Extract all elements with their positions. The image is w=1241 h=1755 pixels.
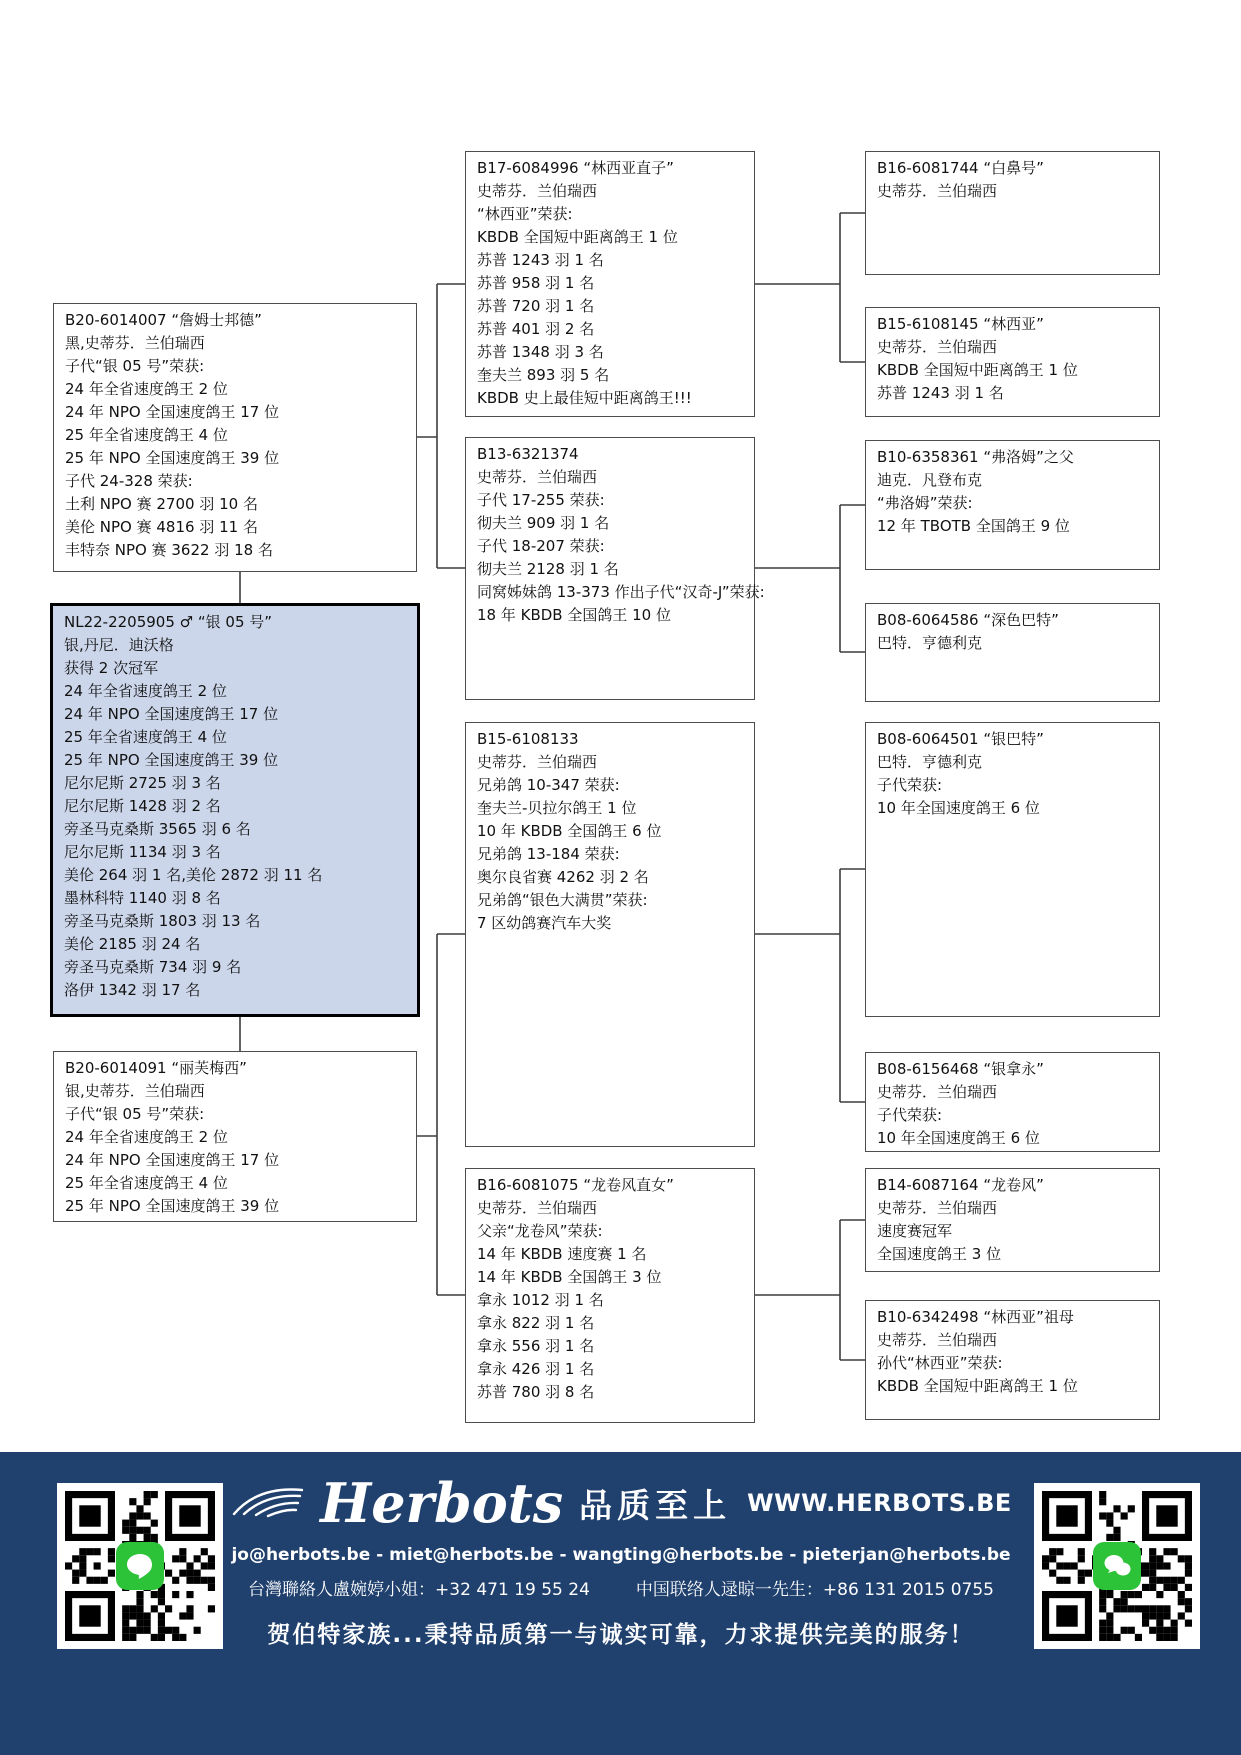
wechat-icon — [1093, 1542, 1141, 1590]
pedigree-line: 苏普 780 羽 8 名 — [477, 1381, 743, 1404]
pedigree-line: B10-6342498 “林西亚”祖母 — [877, 1306, 1148, 1329]
pedigree-line: 彻夫兰 909 羽 1 名 — [477, 512, 743, 535]
pedigree-line: 子代 18-207 荣获: — [477, 535, 743, 558]
pedigree-line: 墨林科特 1140 羽 8 名 — [64, 887, 406, 910]
pedigree-line: 拿永 426 羽 1 名 — [477, 1358, 743, 1381]
pedigree-line: B08-6064586 “深色巴特” — [877, 609, 1148, 632]
pedigree-line: 兄弟鸽 10-347 荣获: — [477, 774, 743, 797]
pedigree-box-greatgrandparent-7: B14-6087164 “龙卷风”史蒂芬．兰伯瑞西速度赛冠军全国速度鸽王 3 位 — [865, 1168, 1160, 1272]
pedigree-line: B14-6087164 “龙卷风” — [877, 1174, 1148, 1197]
pedigree-line: B20-6014007 “詹姆士邦德” — [65, 309, 405, 332]
pedigree-box-greatgrandparent-5: B08-6064501 “银巴特”巴特．亨德利克子代荣获:10 年全国速度鸽王 … — [865, 722, 1160, 1017]
pedigree-box-greatgrandparent-3: B10-6358361 “弗洛姆”之父迪克．凡登布克“弗洛姆”荣获:12 年 T… — [865, 440, 1160, 570]
pedigree-line: 迪克．凡登布克 — [877, 469, 1148, 492]
line-app-icon — [116, 1542, 164, 1590]
pedigree-line: 25 年 NPO 全国速度鸽王 39 位 — [65, 1195, 405, 1218]
pedigree-line: KBDB 史上最佳短中距离鸽王!!! — [477, 387, 743, 410]
pedigree-line: 18 年 KBDB 全国鸽王 10 位 — [477, 604, 743, 627]
pedigree-line: B10-6358361 “弗洛姆”之父 — [877, 446, 1148, 469]
pedigree-line: 24 年 NPO 全国速度鸽王 17 位 — [65, 401, 405, 424]
pedigree-line: 24 年 NPO 全国速度鸽王 17 位 — [64, 703, 406, 726]
pedigree-line: KBDB 全国短中距离鸽王 1 位 — [877, 359, 1148, 382]
contact-emails: jo@herbots.be - miet@herbots.be - wangti… — [228, 1545, 1014, 1565]
contact-persons: 台灣聯絡人盧婉婷小姐：+32 471 19 55 24 中国联络人逯晾一先生：+… — [228, 1575, 1014, 1600]
pedigree-line: 子代 24-328 荣获: — [65, 470, 405, 493]
pedigree-line: 巴特．亨德利克 — [877, 751, 1148, 774]
pedigree-box-greatgrandparent-8: B10-6342498 “林西亚”祖母史蒂芬．兰伯瑞西孙代“林西亚”荣获:KBD… — [865, 1300, 1160, 1420]
pedigree-line: 巴特．亨德利克 — [877, 632, 1148, 655]
pedigree-line: NL22-2205905 ♂ “银 05 号” — [64, 611, 406, 634]
pedigree-line: 24 年 NPO 全国速度鸽王 17 位 — [65, 1149, 405, 1172]
pedigree-line: 孙代“林西亚”荣获: — [877, 1352, 1148, 1375]
pedigree-line: B15-6108145 “林西亚” — [877, 313, 1148, 336]
pedigree-line: 获得 2 次冠军 — [64, 657, 406, 680]
footer-center: Herbots 品质至上 WWW.HERBOTS.BE jo@herbots.b… — [228, 1466, 1014, 1649]
pedigree-line: 25 年全省速度鸽王 4 位 — [64, 726, 406, 749]
pedigree-line: 苏普 1243 羽 1 名 — [877, 382, 1148, 405]
pedigree-line: B16-6081075 “龙卷风直女” — [477, 1174, 743, 1197]
pedigree-line: 史蒂芬．兰伯瑞西 — [877, 1329, 1148, 1352]
pedigree-line: 24 年全省速度鸽王 2 位 — [65, 1126, 405, 1149]
footer-slogan: 贺伯特家族...秉持品质第一与诚实可靠，力求提供完美的服务！ — [228, 1616, 1014, 1649]
pedigree-line: B16-6081744 “白鼻号” — [877, 157, 1148, 180]
pedigree-line: 奥尔良省赛 4262 羽 2 名 — [477, 866, 743, 889]
pedigree-line: 史蒂芬．兰伯瑞西 — [877, 1197, 1148, 1220]
pedigree-line: 丰特奈 NPO 赛 3622 羽 18 名 — [65, 539, 405, 562]
pedigree-line: 美伦 2185 羽 24 名 — [64, 933, 406, 956]
qr-code-left — [57, 1483, 223, 1649]
pedigree-line: 苏普 401 羽 2 名 — [477, 318, 743, 341]
logo-tagline: 品质至上 — [579, 1480, 731, 1527]
pedigree-box-dam: B20-6014091 “丽芙梅西”银,史蒂芬．兰伯瑞西子代“银 05 号”荣获… — [53, 1051, 417, 1222]
pedigree-line: B17-6084996 “林西亚直子” — [477, 157, 743, 180]
pedigree-line: 美伦 NPO 赛 4816 羽 11 名 — [65, 516, 405, 539]
qr-code-right — [1034, 1483, 1200, 1649]
pedigree-line: 同窝姊妹鸽 13-373 作出子代“汉奇-J”荣获: — [477, 581, 743, 604]
pedigree-box-greatgrandparent-2: B15-6108145 “林西亚”史蒂芬．兰伯瑞西KBDB 全国短中距离鸽王 1… — [865, 307, 1160, 417]
pedigree-line: 7 区幼鸽赛汽车大奖 — [477, 912, 743, 935]
pedigree-line: 史蒂芬．兰伯瑞西 — [877, 180, 1148, 203]
pedigree-line: 子代 17-255 荣获: — [477, 489, 743, 512]
pedigree-line: 旁圣马克桑斯 734 羽 9 名 — [64, 956, 406, 979]
pedigree-box-sire: B20-6014007 “詹姆士邦德”黑,史蒂芬．兰伯瑞西子代“银 05 号”荣… — [53, 303, 417, 572]
pedigree-line: 银,丹尼．迪沃格 — [64, 634, 406, 657]
pedigree-line: 史蒂芬．兰伯瑞西 — [877, 1081, 1148, 1104]
pedigree-line: 旁圣马克桑斯 1803 羽 13 名 — [64, 910, 406, 933]
pedigree-line: 奎夫兰 893 羽 5 名 — [477, 364, 743, 387]
pedigree-line: 史蒂芬．兰伯瑞西 — [477, 751, 743, 774]
contact-china: 中国联络人逯晾一先生：+86 131 2015 0755 — [636, 1575, 994, 1600]
pedigree-line: 父亲“龙卷风”荣获: — [477, 1220, 743, 1243]
pedigree-line: 25 年全省速度鸽王 4 位 — [65, 1172, 405, 1195]
pedigree-line: 史蒂芬．兰伯瑞西 — [477, 466, 743, 489]
pedigree-line: 拿永 556 羽 1 名 — [477, 1335, 743, 1358]
pedigree-line: 美伦 264 羽 1 名,美伦 2872 羽 11 名 — [64, 864, 406, 887]
pedigree-line: B13-6321374 — [477, 443, 743, 466]
pedigree-line: B08-6064501 “银巴特” — [877, 728, 1148, 751]
pedigree-line: 子代荣获: — [877, 774, 1148, 797]
pedigree-line: 子代“银 05 号”荣获: — [65, 355, 405, 378]
pedigree-box-granddam-maternal: B16-6081075 “龙卷风直女”史蒂芬．兰伯瑞西父亲“龙卷风”荣获:14 … — [465, 1168, 755, 1423]
pedigree-line: 土利 NPO 赛 2700 羽 10 名 — [65, 493, 405, 516]
pedigree-page: B20-6014007 “詹姆士邦德”黑,史蒂芬．兰伯瑞西子代“银 05 号”荣… — [0, 0, 1241, 1755]
pedigree-line: 苏普 1243 羽 1 名 — [477, 249, 743, 272]
pedigree-box-greatgrandparent-6: B08-6156468 “银拿永”史蒂芬．兰伯瑞西子代荣获:10 年全国速度鸽王… — [865, 1052, 1160, 1152]
pedigree-line: 史蒂芬．兰伯瑞西 — [477, 1197, 743, 1220]
pedigree-line: 10 年全国速度鸽王 6 位 — [877, 1127, 1148, 1150]
pedigree-line: B15-6108133 — [477, 728, 743, 751]
pedigree-line: 尼尔尼斯 1428 羽 2 名 — [64, 795, 406, 818]
pedigree-line: 10 年全国速度鸽王 6 位 — [877, 797, 1148, 820]
pedigree-line: 史蒂芬．兰伯瑞西 — [477, 180, 743, 203]
logo-row: Herbots 品质至上 WWW.HERBOTS.BE — [228, 1466, 1014, 1540]
pedigree-box-grandsire-paternal: B17-6084996 “林西亚直子”史蒂芬．兰伯瑞西“林西亚”荣获:KBDB … — [465, 151, 755, 417]
pedigree-line: 苏普 720 羽 1 名 — [477, 295, 743, 318]
pedigree-line: 苏普 1348 羽 3 名 — [477, 341, 743, 364]
pedigree-line: 洛伊 1342 羽 17 名 — [64, 979, 406, 1002]
pedigree-line: 黑,史蒂芬．兰伯瑞西 — [65, 332, 405, 355]
pedigree-line: B20-6014091 “丽芙梅西” — [65, 1057, 405, 1080]
pedigree-line: 10 年 KBDB 全国鸽王 6 位 — [477, 820, 743, 843]
website-url: WWW.HERBOTS.BE — [747, 1489, 1012, 1517]
pedigree-line: 兄弟鸽 13-184 荣获: — [477, 843, 743, 866]
pedigree-line: “林西亚”荣获: — [477, 203, 743, 226]
pedigree-line: 速度赛冠军 — [877, 1220, 1148, 1243]
pedigree-box-greatgrandparent-4: B08-6064586 “深色巴特”巴特．亨德利克 — [865, 603, 1160, 702]
pedigree-line: 14 年 KBDB 全国鸽王 3 位 — [477, 1266, 743, 1289]
pedigree-line: 兄弟鸽“银色大满贯”荣获: — [477, 889, 743, 912]
pedigree-line: 24 年全省速度鸽王 2 位 — [65, 378, 405, 401]
pedigree-line: 银,史蒂芬．兰伯瑞西 — [65, 1080, 405, 1103]
pedigree-box-grandsire-maternal: B15-6108133史蒂芬．兰伯瑞西兄弟鸽 10-347 荣获:奎夫兰-贝拉尔… — [465, 722, 755, 1147]
pedigree-line: KBDB 全国短中距离鸽王 1 位 — [877, 1375, 1148, 1398]
pedigree-line: 尼尔尼斯 1134 羽 3 名 — [64, 841, 406, 864]
pedigree-line: 奎夫兰-贝拉尔鸽王 1 位 — [477, 797, 743, 820]
wing-icon — [230, 1480, 304, 1526]
pedigree-box-subject: NL22-2205905 ♂ “银 05 号”银,丹尼．迪沃格获得 2 次冠军2… — [50, 603, 420, 1017]
pedigree-line: 子代荣获: — [877, 1104, 1148, 1127]
footer-banner: Herbots 品质至上 WWW.HERBOTS.BE jo@herbots.b… — [0, 1452, 1241, 1755]
pedigree-line: 尼尔尼斯 2725 羽 3 名 — [64, 772, 406, 795]
pedigree-line: 12 年 TBOTB 全国鸽王 9 位 — [877, 515, 1148, 538]
pedigree-line: “弗洛姆”荣获: — [877, 492, 1148, 515]
pedigree-line: 拿永 822 羽 1 名 — [477, 1312, 743, 1335]
herbots-logo: Herbots — [320, 1473, 563, 1533]
pedigree-line: 14 年 KBDB 速度赛 1 名 — [477, 1243, 743, 1266]
pedigree-line: KBDB 全国短中距离鸽王 1 位 — [477, 226, 743, 249]
pedigree-line: 拿永 1012 羽 1 名 — [477, 1289, 743, 1312]
contact-taiwan: 台灣聯絡人盧婉婷小姐：+32 471 19 55 24 — [248, 1575, 590, 1600]
pedigree-line: 25 年 NPO 全国速度鸽王 39 位 — [64, 749, 406, 772]
pedigree-line: 子代“银 05 号”荣获: — [65, 1103, 405, 1126]
pedigree-line: B08-6156468 “银拿永” — [877, 1058, 1148, 1081]
pedigree-line: 25 年 NPO 全国速度鸽王 39 位 — [65, 447, 405, 470]
pedigree-line: 全国速度鸽王 3 位 — [877, 1243, 1148, 1266]
pedigree-box-greatgrandparent-1: B16-6081744 “白鼻号”史蒂芬．兰伯瑞西 — [865, 151, 1160, 275]
pedigree-line: 苏普 958 羽 1 名 — [477, 272, 743, 295]
pedigree-line: 24 年全省速度鸽王 2 位 — [64, 680, 406, 703]
pedigree-box-granddam-paternal: B13-6321374史蒂芬．兰伯瑞西子代 17-255 荣获:彻夫兰 909 … — [465, 437, 755, 700]
pedigree-line: 彻夫兰 2128 羽 1 名 — [477, 558, 743, 581]
pedigree-line: 25 年全省速度鸽王 4 位 — [65, 424, 405, 447]
pedigree-line: 史蒂芬．兰伯瑞西 — [877, 336, 1148, 359]
pedigree-line: 旁圣马克桑斯 3565 羽 6 名 — [64, 818, 406, 841]
